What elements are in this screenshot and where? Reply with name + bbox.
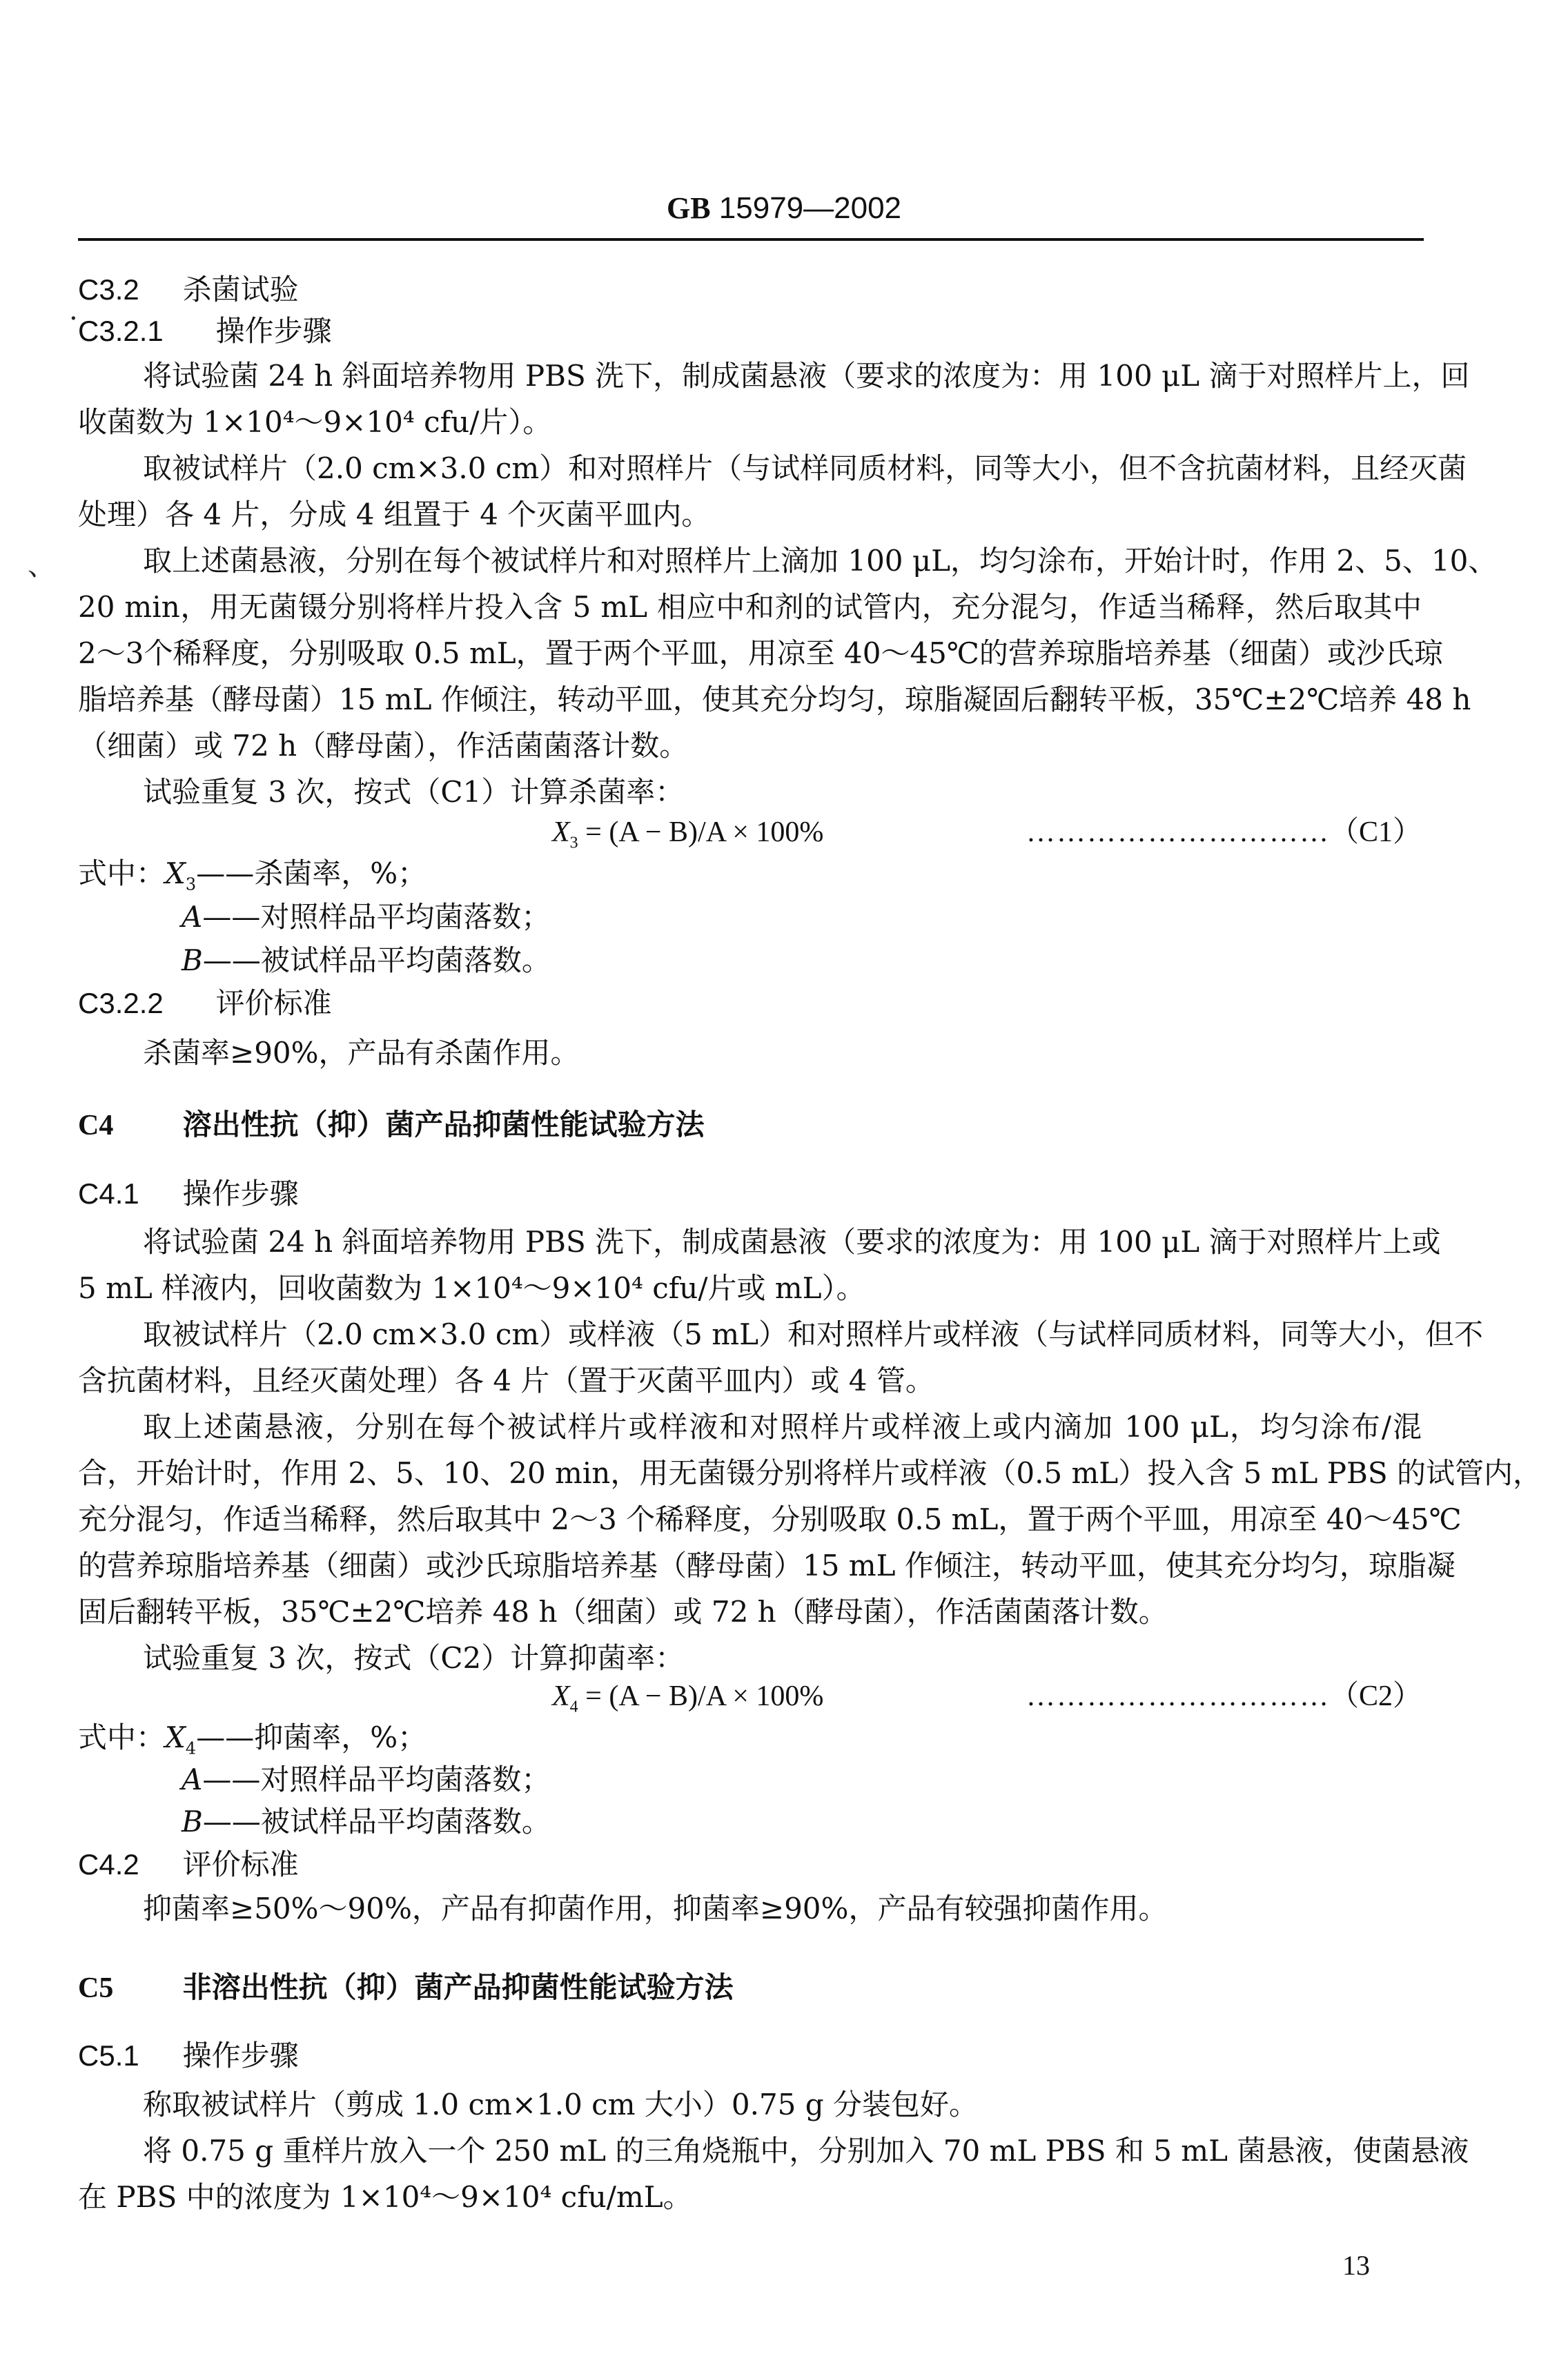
paragraph-line: 取上述菌悬液，分别在每个被试样片或样液和对照样片或样液上或内滴加 100 μL，… bbox=[143, 1409, 1422, 1445]
formula-c1: X3 = (A − B)/A × 100% …………………………（C1） bbox=[552, 814, 1422, 850]
formula-expression: X4 = (A − B)/A × 100% bbox=[552, 1678, 823, 1714]
definition-line: A——对照样品平均菌落数； bbox=[182, 899, 1422, 935]
heading-c4-1: C4.1 操作步骤 bbox=[78, 1176, 299, 1212]
paragraph-line: 取被试样片（2.0 cm×3.0 cm）或样液（5 mL）和对照样片或样液（与试… bbox=[143, 1317, 1422, 1353]
formula-label-group: …………………………（C1） bbox=[1026, 814, 1422, 850]
paragraph-line: 试验重复 3 次，按式（C2）计算抑菌率： bbox=[143, 1640, 1422, 1676]
definition-line: 式中：X4——抑菌率，%； bbox=[78, 1720, 1422, 1756]
section-number: C4 bbox=[78, 1108, 175, 1144]
paragraph-line: 称取被试样片（剪成 1.0 cm×1.0 cm 大小）0.75 g 分装包好。 bbox=[143, 2087, 1422, 2123]
formula-label: （C1） bbox=[1330, 816, 1422, 848]
section-title: 评价标准 bbox=[216, 987, 332, 1019]
formula-label-group: …………………………（C2） bbox=[1026, 1678, 1422, 1714]
section-number: C4.1 bbox=[78, 1176, 175, 1212]
paragraph-line: 取上述菌悬液，分别在每个被试样片和对照样片上滴加 100 μL，均匀涂布，开始计… bbox=[143, 543, 1422, 579]
section-number: C4.2 bbox=[78, 1847, 175, 1883]
paragraph-line: 试验重复 3 次，按式（C1）计算杀菌率： bbox=[143, 774, 1422, 810]
formula-expression: X3 = (A − B)/A × 100% bbox=[552, 814, 823, 850]
formula-label: （C2） bbox=[1330, 1680, 1422, 1712]
definition-line: B——被试样品平均菌落数。 bbox=[182, 943, 1422, 979]
paragraph-line: 合，开始计时，作用 2、5、10、20 min，用无菌镊分别将样片或样液（0.5… bbox=[78, 1455, 1422, 1491]
paragraph-line: 处理）各 4 片，分成 4 组置于 4 个灭菌平皿内。 bbox=[78, 497, 1422, 533]
paragraph-line: 抑菌率≥50%～90%，产品有抑菌作用，抑菌率≥90%，产品有较强抑菌作用。 bbox=[143, 1891, 1422, 1927]
paragraph-line: 在 PBS 中的浓度为 1×10⁴～9×10⁴ cfu/mL。 bbox=[78, 2179, 1422, 2215]
section-title: 杀菌试验 bbox=[183, 273, 299, 306]
paragraph-line: 取被试样片（2.0 cm×3.0 cm）和对照样片（与试样同质材料，同等大小，但… bbox=[143, 451, 1422, 487]
heading-c3-2: C3.2 杀菌试验 bbox=[78, 272, 299, 308]
paragraph-line: 脂培养基（酵母菌）15 mL 作倾注，转动平皿，使其充分均匀，琼脂凝固后翻转平板… bbox=[78, 682, 1422, 718]
section-number: C3.2.2 bbox=[78, 985, 208, 1021]
definition-line: A——对照样品平均菌落数； bbox=[182, 1762, 1422, 1798]
heading-c5: C5 非溶出性抗（抑）菌产品抑菌性能试验方法 bbox=[78, 1970, 734, 2006]
paragraph-line: 5 mL 样液内，回收菌数为 1×10⁴～9×10⁴ cfu/片或 mL）。 bbox=[78, 1271, 1422, 1306]
section-title: 评价标准 bbox=[183, 1848, 299, 1881]
paragraph-line: 含抗菌材料，且经灭菌处理）各 4 片（置于灭菌平皿内）或 4 管。 bbox=[78, 1363, 1422, 1399]
heading-c4-2: C4.2 评价标准 bbox=[78, 1847, 299, 1883]
paragraph-line: 将 0.75 g 重样片放入一个 250 mL 的三角烧瓶中，分别加入 70 m… bbox=[143, 2133, 1422, 2169]
section-number: C3.2.1 bbox=[78, 313, 208, 349]
paragraph-line: 的营养琼脂培养基（细菌）或沙氏琼脂培养基（酵母菌）15 mL 作倾注，转动平皿，… bbox=[78, 1548, 1422, 1584]
dot-leader: ………………………… bbox=[1026, 816, 1330, 848]
section-title: 操作步骤 bbox=[183, 2039, 299, 2072]
page-header: GB 15979—2002 bbox=[0, 190, 1568, 226]
page-number: 13 bbox=[1342, 2248, 1370, 2283]
header-rule bbox=[78, 238, 1424, 241]
section-title: 溶出性抗（抑）菌产品抑菌性能试验方法 bbox=[183, 1108, 705, 1141]
margin-comma-mark: 、 bbox=[28, 552, 55, 580]
section-title: 操作步骤 bbox=[183, 1177, 299, 1210]
section-number: C5.1 bbox=[78, 2038, 175, 2074]
section-number: C3.2 bbox=[78, 272, 175, 308]
section-number: C5 bbox=[78, 1970, 175, 2006]
section-title: 非溶出性抗（抑）菌产品抑菌性能试验方法 bbox=[183, 1971, 734, 2003]
standard-number: 15979—2002 bbox=[719, 191, 901, 225]
paragraph-line: 将试验菌 24 h 斜面培养物用 PBS 洗下，制成菌悬液（要求的浓度为：用 1… bbox=[143, 1224, 1422, 1260]
paragraph-line: 充分混匀，作适当稀释，然后取其中 2～3 个稀释度，分别吸取 0.5 mL，置于… bbox=[78, 1502, 1422, 1538]
dot-leader: ………………………… bbox=[1026, 1680, 1330, 1712]
heading-c3-2-1: C3.2.1 操作步骤 bbox=[78, 313, 332, 349]
definition-line: B——被试样品平均菌落数。 bbox=[182, 1804, 1422, 1840]
section-title: 操作步骤 bbox=[216, 315, 332, 347]
paragraph-line: 收菌数为 1×10⁴～9×10⁴ cfu/片）。 bbox=[78, 404, 1422, 440]
standard-prefix: GB bbox=[667, 191, 711, 225]
heading-c4: C4 溶出性抗（抑）菌产品抑菌性能试验方法 bbox=[78, 1107, 705, 1144]
definition-line: 式中：X3——杀菌率，%； bbox=[78, 856, 1422, 892]
formula-c2: X4 = (A − B)/A × 100% …………………………（C2） bbox=[552, 1678, 1422, 1714]
paragraph-line: （细菌）或 72 h（酵母菌），作活菌菌落计数。 bbox=[78, 728, 1422, 764]
paragraph-line: 杀菌率≥90%，产品有杀菌作用。 bbox=[143, 1035, 1422, 1071]
paragraph-line: 固后翻转平板，35℃±2℃培养 48 h（细菌）或 72 h（酵母菌），作活菌菌… bbox=[78, 1594, 1422, 1630]
margin-dot-mark: . bbox=[69, 297, 78, 324]
paragraph-line: 将试验菌 24 h 斜面培养物用 PBS 洗下，制成菌悬液（要求的浓度为：用 1… bbox=[143, 358, 1422, 394]
paragraph-line: 2～3个稀释度，分别吸取 0.5 mL，置于两个平皿，用凉至 40～45℃的营养… bbox=[78, 636, 1422, 671]
paragraph-line: 20 min，用无菌镊分别将样片投入含 5 mL 相应中和剂的试管内，充分混匀，… bbox=[78, 589, 1422, 625]
heading-c5-1: C5.1 操作步骤 bbox=[78, 2038, 299, 2074]
heading-c3-2-2: C3.2.2 评价标准 bbox=[78, 985, 332, 1021]
